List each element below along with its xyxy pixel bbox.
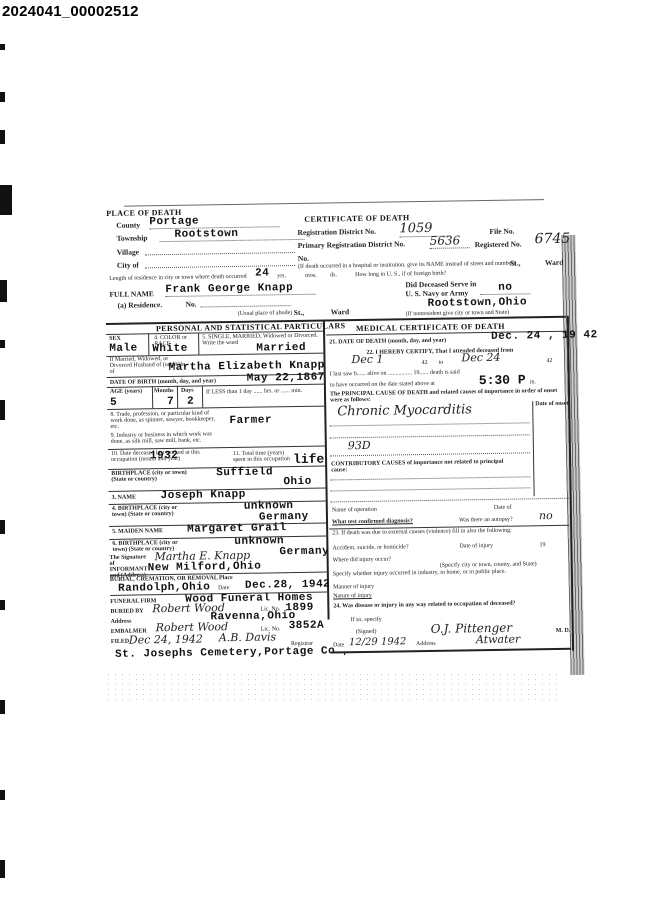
age-years-value: 5: [110, 397, 117, 409]
residence-no-label: No.: [186, 300, 197, 309]
last-saw-label: I last saw h...... alive on ............…: [330, 369, 460, 377]
mother-birthplace-city: unknown: [234, 535, 284, 548]
hospital-note: (If death occurred in a hospital or inst…: [298, 261, 515, 270]
father-name-value: Joseph Knapp: [161, 489, 246, 502]
if-so-label: If so, specify: [351, 617, 382, 623]
funeral-lic: 1899: [285, 602, 314, 614]
scan-edge-mark: [0, 700, 5, 714]
residence-note: (Usual place of abode): [238, 310, 293, 317]
signed-date-label: Date: [333, 642, 344, 648]
registered-no-label: Registered No.: [475, 239, 522, 249]
mother-birthplace-country: Germany: [279, 546, 329, 559]
residence-st-label: St.,: [294, 308, 305, 317]
signed-date-value: 12/29 1942: [349, 636, 407, 648]
date-onset-label: Date of onset: [535, 401, 568, 408]
manner-label: Manner of injury: [333, 584, 374, 591]
physician-address-label: Address: [416, 641, 436, 647]
cause-line: [330, 422, 530, 426]
filed-date: Dec 24, 1942: [129, 633, 203, 647]
registrar-signature: A.B. Davis: [219, 630, 276, 644]
filed-label: FILED: [111, 639, 129, 645]
birthplace-state-value: Ohio: [283, 476, 312, 488]
age-months-value: 7: [167, 396, 174, 408]
scan-edge-mark: [0, 520, 5, 534]
file-no-label: File No.: [489, 227, 514, 236]
cell-divider: [202, 385, 203, 407]
cell-divider: [148, 333, 149, 355]
scan-edge-mark: [0, 400, 5, 420]
occupation-question: 24. Was disease or injury in any way rel…: [333, 601, 515, 610]
operation-date-label: Date of: [494, 505, 512, 511]
mother-maiden-label: 5. MAIDEN NAME: [112, 528, 163, 535]
father-name-label: 3. NAME: [112, 495, 136, 501]
cell-divider: [177, 386, 178, 408]
scan-edge-mark: [0, 340, 5, 348]
burial-date-label: Date: [218, 585, 229, 591]
accident-label: Accident, suicide, or homicide?: [332, 544, 408, 551]
residence-ward-label: Ward: [331, 307, 349, 316]
scan-edge-mark: [0, 92, 5, 102]
specify-location-note: (Specify city or town, county, and State…: [440, 561, 537, 569]
cause-line: [330, 452, 530, 456]
time-of-death-value: 5:30 P: [479, 372, 526, 388]
scan-identifier: 2024041_00002512: [2, 3, 139, 20]
mos-label: mos.: [305, 273, 317, 279]
cemetery-note: St. Josephs Cemetery,Portage Co.,: [115, 645, 350, 661]
scan-edge-mark: [0, 130, 5, 144]
onset-column-divider: [532, 401, 534, 496]
attended-to-year: 42: [546, 358, 552, 364]
date-of-death-label: 21. DATE OF DEATH (month, day, and year): [329, 338, 446, 346]
yrs-label: yrs.: [277, 273, 286, 279]
funeral-address-label: Address: [111, 619, 132, 625]
cause-code: 93D: [348, 439, 371, 452]
residence-line: [201, 305, 291, 307]
residence-city-value: Rootstown,Ohio: [428, 296, 528, 310]
buried-by-label: BURIED BY: [110, 608, 143, 615]
md-label: M. D.: [556, 628, 571, 634]
attended-from-year: 42: [422, 360, 428, 366]
cause-line: [330, 434, 530, 438]
color-value: White: [152, 343, 188, 356]
embalmer-lic: 3852A: [289, 620, 325, 633]
mother-maiden-value: Margaret Grail: [187, 522, 287, 536]
age-days-value: 2: [187, 396, 194, 408]
cause-line: [331, 487, 531, 491]
operation-label: Name of operation: [332, 507, 377, 514]
scan-edge-mark: [0, 860, 5, 878]
ds-label: ds.: [330, 272, 337, 278]
cause-line: [330, 476, 530, 480]
contributory-label: CONTRIBUTORY CAUSES of importance not re…: [331, 459, 511, 474]
scan-edge-mark: [0, 44, 5, 50]
military-label-2: U. S. Navy or Army: [405, 288, 468, 298]
sex-label: SEX: [109, 336, 121, 342]
attended-from: Dec 1: [351, 353, 383, 367]
county-label: County: [116, 220, 140, 229]
military-value: no: [480, 281, 530, 295]
injury-date-label: Date of injury: [459, 543, 493, 550]
village-line: [145, 252, 295, 255]
father-birthplace-label: 4. BIRTHPLACE (city or town) (State or c…: [112, 505, 192, 518]
township-value: Rootstown: [159, 227, 304, 242]
test-label: What test confirmed diagnosis?: [332, 518, 413, 525]
birthplace-city-value: Suffield: [216, 466, 273, 479]
attended-to: Dec 24: [461, 351, 500, 365]
city-line: [145, 265, 295, 268]
cert-ward-label: Ward: [545, 258, 563, 267]
primary-reg-label: Primary Registration District No.: [298, 239, 406, 250]
sex-value: Male: [109, 342, 138, 354]
burial-date: Dec.28, 1942: [245, 578, 330, 591]
trade-label: 8. Trade, profession, or particular kind…: [110, 410, 220, 430]
bottom-divider: [331, 648, 571, 654]
full-name-label: FULL NAME: [109, 289, 154, 299]
nature-label: Nature of injury: [333, 593, 372, 600]
scan-edge-mark: [0, 185, 12, 215]
occurred-label: to have occurred on the date stated abov…: [330, 381, 435, 389]
scan-edge-mark: [0, 790, 5, 800]
row-line: [109, 536, 326, 540]
age-days-label: Days: [181, 388, 194, 394]
birthplace-label: BIRTHPLACE (city or town) (State or coun…: [111, 470, 191, 483]
primary-reg-value: 5636: [430, 233, 470, 249]
cert-no-label: No.: [298, 254, 309, 263]
autopsy-label: Was there an autopsy?: [459, 517, 513, 524]
scan-speckle: [105, 672, 560, 700]
city-label: City of: [117, 260, 139, 269]
specify-place-label: Specify whether injury occurred in indus…: [333, 569, 506, 578]
last-worked-value: 1932: [150, 450, 179, 462]
age-years-label: AGE (years): [110, 388, 142, 395]
date-of-death-value: Dec. 24 , 19 42: [491, 329, 598, 343]
less-than-day-label: If LESS than 1 day ...... hrs. or ......…: [206, 388, 316, 397]
residence-label: (a) Residence.: [118, 300, 163, 310]
village-label: Village: [117, 247, 139, 256]
industry-label: 9. Industry or business in which work wa…: [111, 431, 221, 445]
where-injury-label: Where did injury occur?: [333, 557, 392, 564]
certificate-heading: CERTIFICATE OF DEATH: [304, 213, 409, 224]
to-label: to: [439, 360, 444, 366]
full-name-value: Frank George Knapp: [165, 282, 315, 297]
cell-divider: [198, 333, 199, 355]
scan-edge-mark: [0, 600, 5, 610]
autopsy-value: no: [539, 509, 553, 522]
trade-value: Farmer: [229, 414, 272, 427]
township-label: Township: [116, 233, 147, 242]
scan-edge-mark: [0, 280, 7, 302]
principal-cause-label: The PRINCIPAL CAUSE OF DEATH and related…: [330, 388, 565, 404]
reg-district-label: Registration District No.: [297, 227, 376, 237]
length-residence-value: 24: [255, 267, 269, 279]
signed-label: (Signed): [356, 629, 377, 635]
foreign-birth-label: How long in U. S., if of foreign birth?: [355, 271, 446, 278]
registered-no-value: 6745: [534, 231, 570, 248]
physician-address: Atwater: [476, 633, 521, 647]
cause-line: [331, 498, 569, 503]
top-border: [124, 199, 544, 207]
total-time-label: 11. Total time (years) spent in this occ…: [233, 450, 293, 463]
funeral-firm-label: FUNERAL FIRM: [110, 598, 156, 605]
death-certificate: PLACE OF DEATH County Portage Township R…: [104, 196, 576, 671]
m-label: m.: [530, 379, 536, 385]
length-residence-label: Length of residence in city or town wher…: [109, 274, 247, 282]
age-months-label: Months: [154, 388, 174, 394]
principal-cause-value: Chronic Myocarditis: [337, 402, 472, 419]
injury-year-label: 19: [539, 542, 545, 548]
funeral-lic-label: Lic. No.: [260, 606, 280, 612]
